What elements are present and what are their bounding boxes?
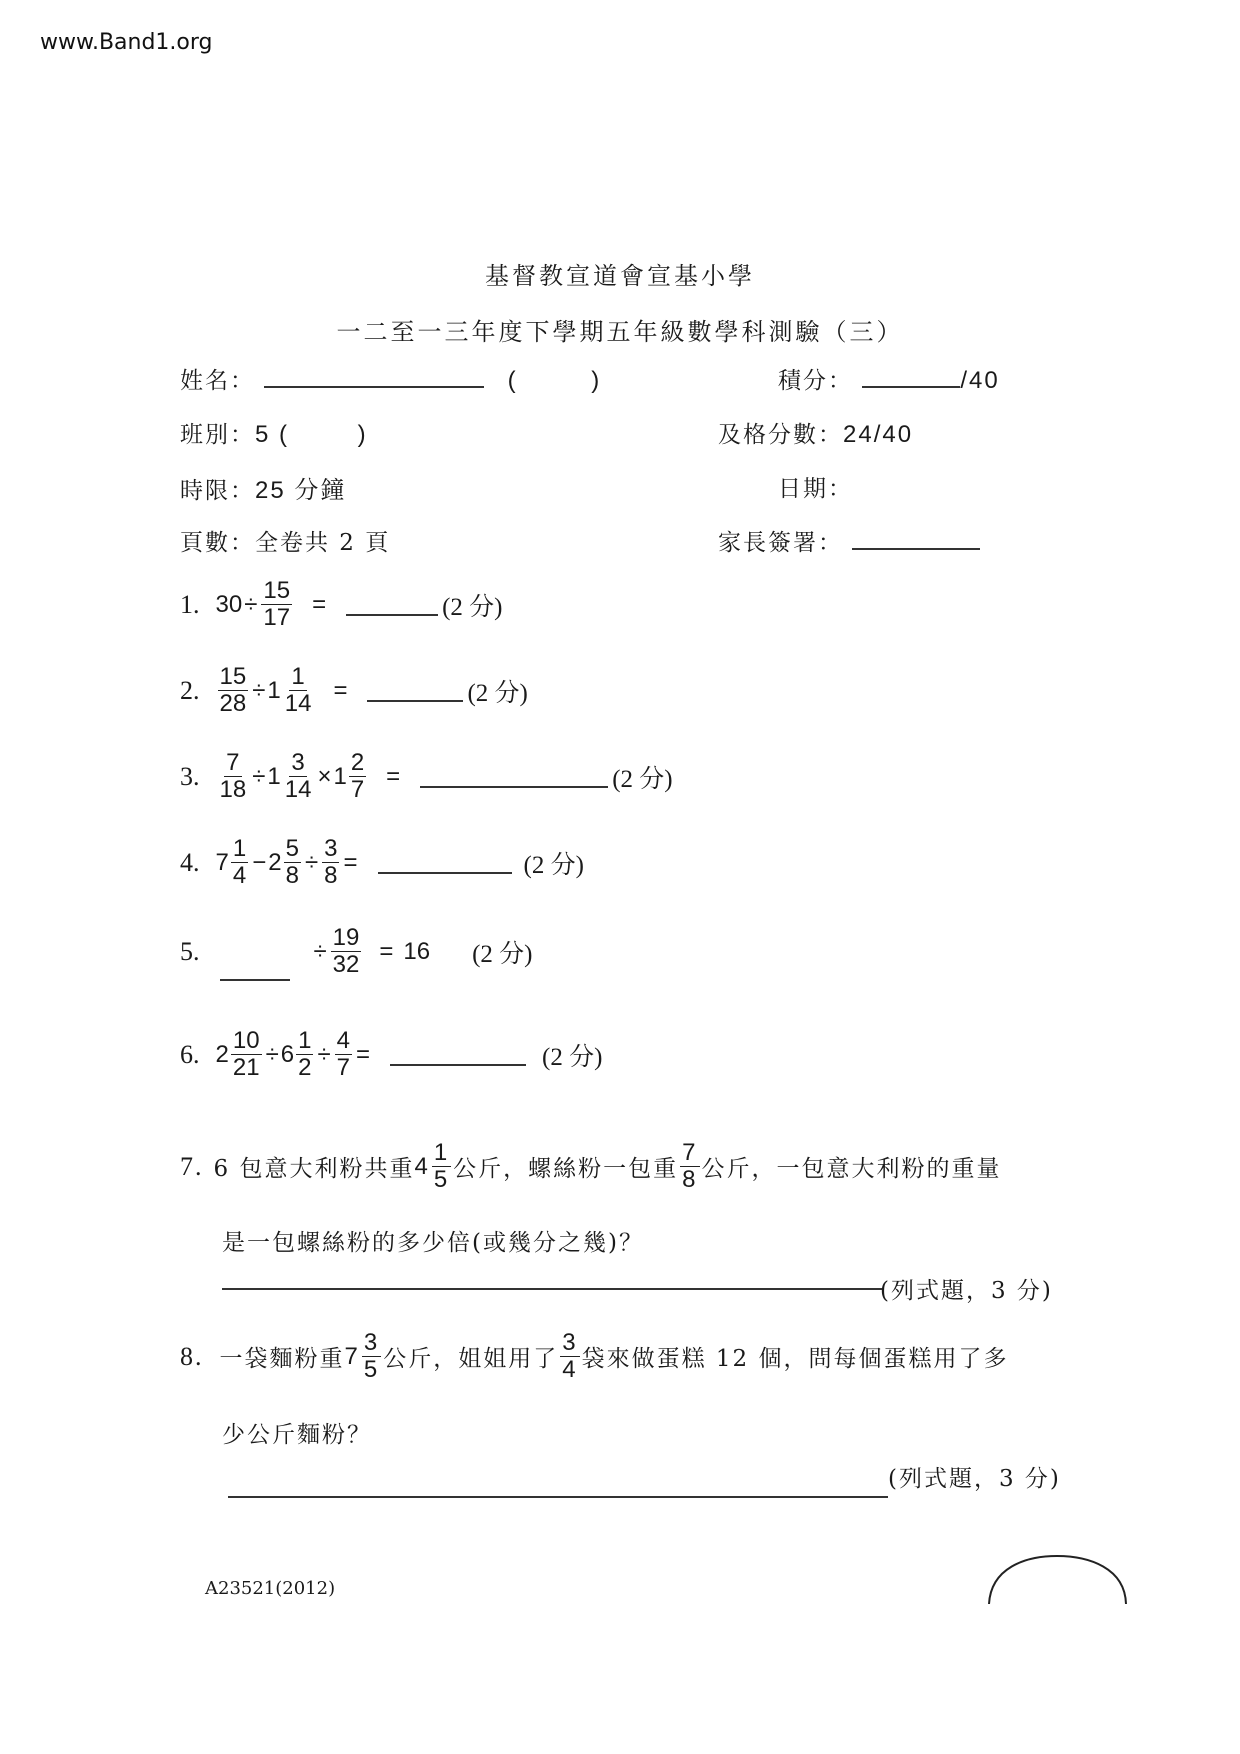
question-8-line-2: 少公斤麵粉？	[222, 1416, 372, 1449]
question-text: 一袋麵粉重	[220, 1340, 345, 1373]
question-number: 7.	[180, 1152, 204, 1182]
school-name: 基督教宣道會宣基小學	[0, 256, 1240, 291]
whole-number: 2	[268, 849, 281, 877]
parent-signature-row: 家長簽署：	[718, 524, 980, 557]
date-label: 日期：	[778, 476, 853, 502]
pages-row: 頁數：全卷共 2 頁	[180, 524, 390, 557]
result-value: 16	[403, 938, 430, 966]
answer-blank[interactable]	[390, 1063, 526, 1066]
whole-number: 4	[414, 1153, 429, 1181]
question-1: 1. 30 ÷ 1517 = (2 分)	[180, 578, 503, 632]
denominator: 2	[296, 1055, 313, 1081]
fraction: 314	[283, 750, 314, 804]
question-7: 7. 6 包意大利粉共重 4 15 公斤，螺絲粉一包重 78 公斤，一包意大利粉…	[180, 1140, 1002, 1194]
document-code: A23521(2012)	[205, 1578, 335, 1599]
numerator: 3	[289, 750, 306, 777]
score-label: 積分：	[778, 368, 853, 394]
score-field[interactable]	[862, 386, 960, 388]
divide-operator: ÷	[252, 677, 265, 705]
answer-blank[interactable]	[346, 613, 438, 616]
score-row: 積分： /40	[778, 362, 1000, 395]
class-value: 5 (	[255, 421, 289, 448]
fraction: 15	[432, 1140, 451, 1194]
fraction: 12	[296, 1028, 313, 1082]
numerator: 15	[218, 664, 249, 691]
exam-title: 一二至一三年度下學期五年級數學科測驗（三）	[0, 312, 1240, 347]
question-number: 2.	[180, 676, 200, 706]
denominator: 7	[349, 777, 366, 803]
fraction: 1517	[261, 578, 292, 632]
watermark[interactable]: www.Band1.org	[40, 30, 213, 55]
question-text: 6 包意大利粉共重	[214, 1150, 415, 1183]
marks-label: (2 分)	[524, 845, 584, 881]
answer-line[interactable]	[228, 1496, 888, 1498]
date-row: 日期：	[778, 470, 982, 503]
numerator: 5	[284, 836, 301, 863]
fraction: 27	[349, 750, 366, 804]
numerator: 7	[224, 750, 241, 777]
pass-row: 及格分數：24/40	[718, 416, 913, 449]
question-number: 3.	[180, 762, 200, 792]
numerator: 3	[322, 836, 339, 863]
numerator: 19	[331, 925, 362, 952]
divide-operator: ÷	[317, 1041, 330, 1069]
whole-number: 7	[216, 849, 229, 877]
numerator: 1	[296, 1028, 313, 1055]
answer-blank[interactable]	[420, 785, 608, 788]
question-3: 3. 718 ÷ 1 314 × 1 27 = (2 分)	[180, 750, 673, 804]
class-number-open: (	[508, 367, 518, 394]
numerator: 3	[560, 1330, 579, 1357]
denominator: 5	[432, 1167, 451, 1193]
question-text: 公斤，姐姐用了	[383, 1340, 558, 1373]
answer-line[interactable]	[222, 1288, 882, 1290]
question-6: 6. 2 1021 ÷ 6 12 ÷ 47 = (2 分)	[180, 1028, 602, 1082]
whole-number: 1	[267, 677, 280, 705]
fraction: 114	[283, 664, 314, 718]
time-value: 25 分鐘	[255, 477, 346, 504]
score-circle-icon	[985, 1548, 1130, 1608]
numerator: 3	[362, 1330, 381, 1357]
equals-sign: =	[333, 677, 347, 705]
parent-signature-field[interactable]	[852, 548, 980, 550]
marks-label: (列式題，3 分)	[888, 1460, 1061, 1493]
whole-number: 1	[267, 763, 280, 791]
answer-blank[interactable]	[220, 978, 290, 981]
fraction: 1021	[231, 1028, 262, 1082]
whole-number: 7	[345, 1343, 360, 1371]
equals-sign: =	[343, 849, 357, 877]
question-8: 8. 一袋麵粉重 7 35 公斤，姐姐用了 34 袋來做蛋糕 12 個，問每個蛋…	[180, 1330, 1008, 1384]
fraction: 14	[231, 836, 248, 890]
question-number: 8.	[180, 1342, 204, 1372]
fraction: 34	[560, 1330, 579, 1384]
fraction: 1932	[331, 925, 362, 979]
denominator: 14	[283, 691, 314, 717]
answer-blank[interactable]	[367, 699, 463, 702]
whole-number: 6	[281, 1041, 294, 1069]
numerator: 7	[680, 1140, 699, 1167]
divide-operator: ÷	[244, 591, 257, 619]
denominator: 21	[231, 1055, 262, 1081]
question-text: 公斤，一包意大利粉的重量	[702, 1150, 1002, 1183]
name-row: 姓名： ( )	[180, 362, 601, 395]
multiply-operator: ×	[317, 763, 331, 791]
marks-label: (列式題，3 分)	[880, 1272, 1053, 1305]
numerator: 10	[231, 1028, 262, 1055]
fraction: 47	[335, 1028, 352, 1082]
minus-operator: −	[252, 849, 266, 877]
fraction: 35	[362, 1330, 381, 1384]
name-field[interactable]	[264, 386, 484, 388]
pass-value: 24/40	[843, 421, 913, 448]
fraction: 58	[284, 836, 301, 890]
divide-operator: ÷	[252, 763, 265, 791]
question-7-line-2: 是一包螺絲粉的多少倍(或幾分之幾)？	[222, 1224, 644, 1257]
whole-number: 2	[216, 1041, 229, 1069]
fraction: 78	[680, 1140, 699, 1194]
question-5: 5. ÷ 1932 = 16 (2 分)	[180, 925, 533, 979]
denominator: 28	[218, 691, 249, 717]
denominator: 17	[261, 605, 292, 631]
marks-label: (2 分)	[442, 587, 502, 623]
numerator: 4	[335, 1028, 352, 1055]
denominator: 8	[322, 863, 339, 889]
fraction: 38	[322, 836, 339, 890]
denominator: 14	[283, 777, 314, 803]
denominator: 18	[218, 777, 249, 803]
equals-sign: =	[312, 591, 326, 619]
whole-number: 30	[216, 591, 243, 619]
question-number: 6.	[180, 1040, 200, 1070]
equals-sign: =	[356, 1041, 370, 1069]
marks-label: (2 分)	[472, 934, 532, 970]
denominator: 5	[362, 1357, 381, 1383]
name-label: 姓名：	[180, 368, 255, 394]
numerator: 1	[231, 836, 248, 863]
marks-label: (2 分)	[467, 673, 527, 709]
denominator: 32	[331, 952, 362, 978]
numerator: 1	[289, 664, 306, 691]
question-text: 公斤，螺絲粉一包重	[453, 1150, 678, 1183]
marks-label: (2 分)	[612, 759, 672, 795]
numerator: 1	[432, 1140, 451, 1167]
divide-operator: ÷	[266, 1041, 279, 1069]
class-number-close: )	[591, 367, 601, 394]
question-number: 4.	[180, 848, 200, 878]
question-4: 4. 7 14 − 2 58 ÷ 38 = (2 分)	[180, 836, 584, 890]
class-row: 班別：5 ( )	[180, 416, 368, 449]
score-total: /40	[960, 367, 999, 394]
time-row: 時限：25 分鐘	[180, 470, 346, 505]
divide-operator: ÷	[305, 849, 318, 877]
fraction: 718	[218, 750, 249, 804]
question-2: 2. 1528 ÷ 1 114 = (2 分)	[180, 664, 528, 718]
answer-blank[interactable]	[378, 871, 512, 874]
fraction: 1528	[218, 664, 249, 718]
denominator: 8	[284, 863, 301, 889]
marks-label: (2 分)	[542, 1037, 602, 1073]
numerator: 15	[261, 578, 292, 605]
parent-signature-label: 家長簽署：	[718, 530, 843, 556]
denominator: 7	[335, 1055, 352, 1081]
question-number: 5.	[180, 937, 200, 967]
denominator: 8	[680, 1167, 699, 1193]
whole-number: 1	[333, 763, 346, 791]
denominator: 4	[231, 863, 248, 889]
equals-sign: =	[379, 938, 393, 966]
pages-value: 全卷共 2 頁	[255, 530, 390, 556]
pass-label: 及格分數：	[718, 422, 843, 448]
question-number: 1.	[180, 590, 200, 620]
question-text: 袋來做蛋糕 12 個，問每個蛋糕用了多	[582, 1340, 1009, 1373]
time-label: 時限：	[180, 478, 255, 504]
class-close: )	[358, 421, 368, 448]
divide-operator: ÷	[314, 938, 327, 966]
class-label: 班別：	[180, 422, 255, 448]
pages-label: 頁數：	[180, 530, 255, 556]
equals-sign: =	[386, 763, 400, 791]
denominator: 4	[560, 1357, 579, 1383]
numerator: 2	[349, 750, 366, 777]
